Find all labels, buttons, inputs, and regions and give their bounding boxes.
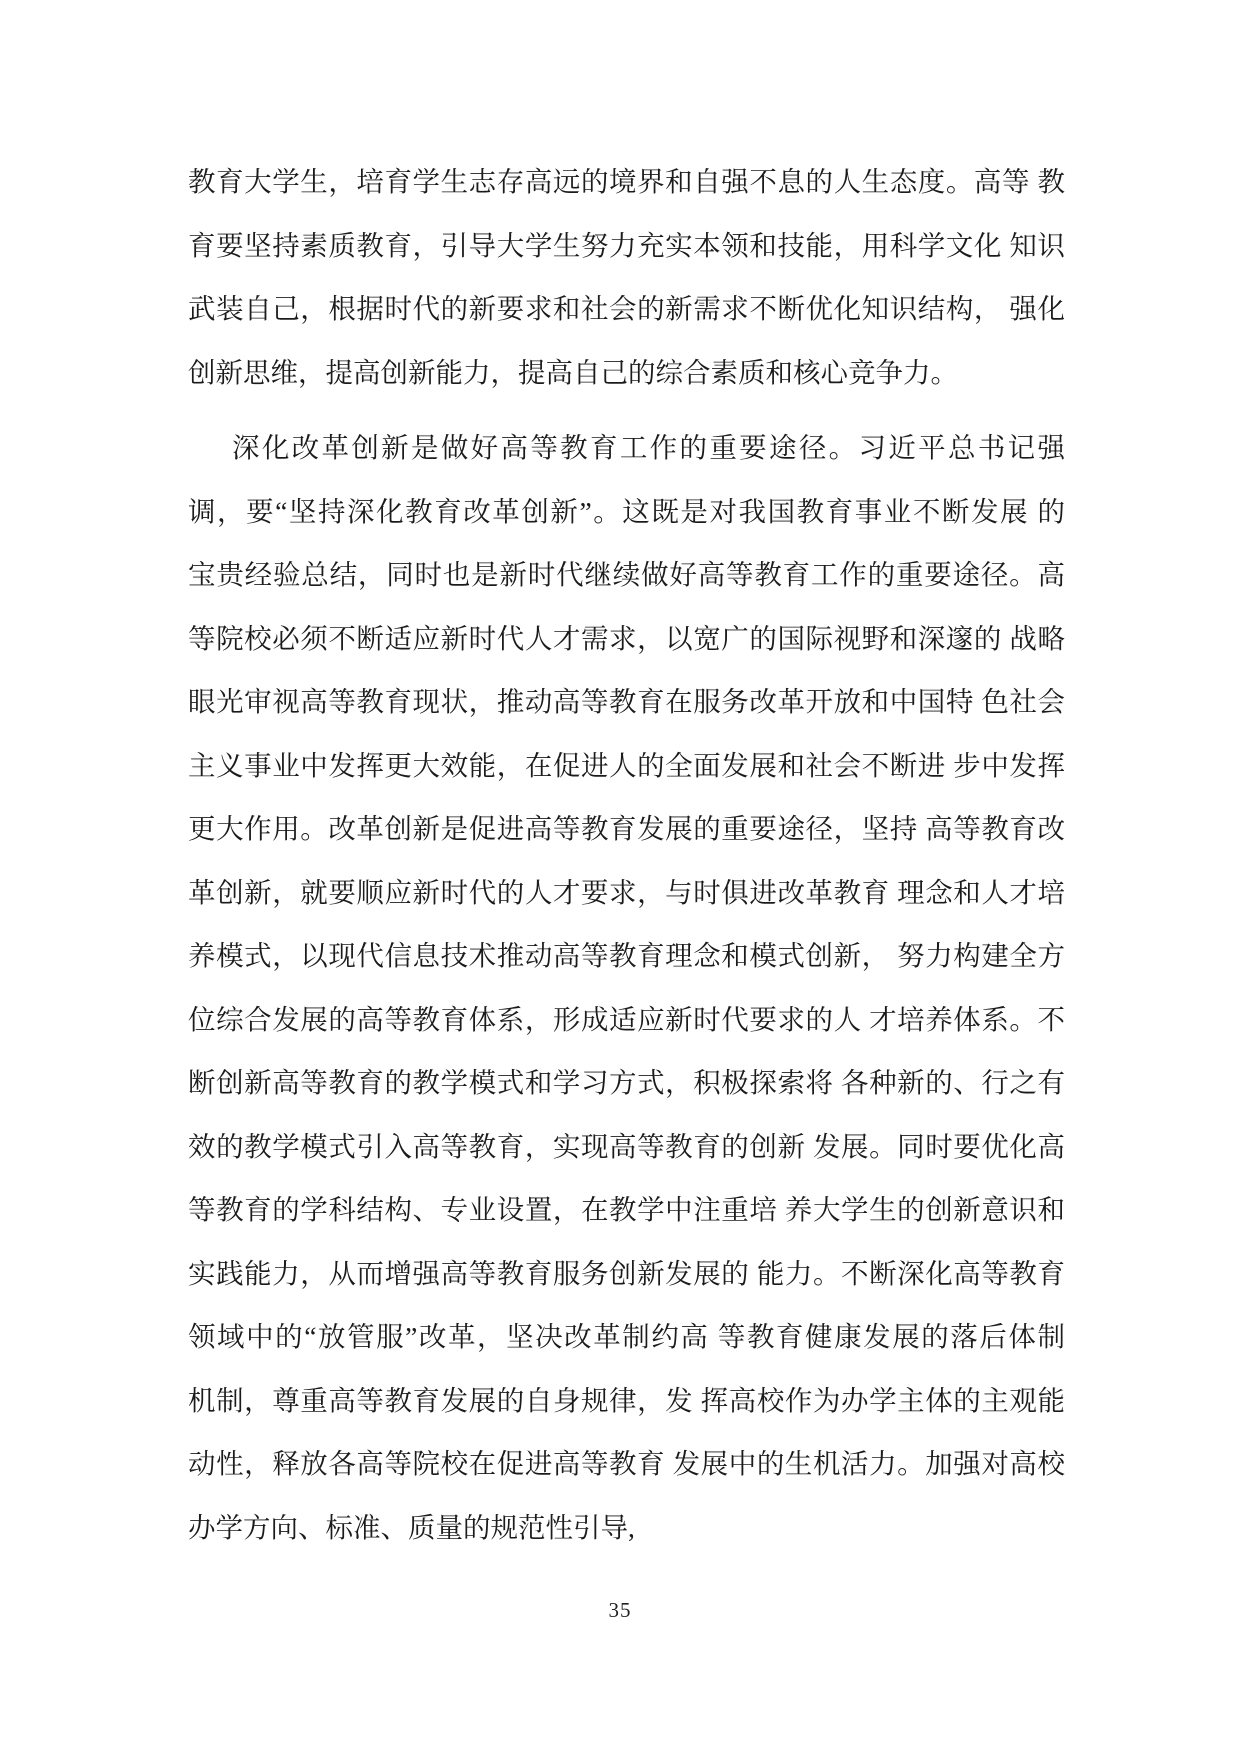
text-line: 革创新，就要顺应新时代的人才要求，与时俱进改革教育 理念和人才培 bbox=[188, 861, 1065, 925]
text-line: 深化改革创新是做好高等教育工作的重要途径。习近平总书记强 bbox=[188, 416, 1065, 480]
text-line: 等教育的学科结构、专业设置，在教学中注重培 养大学生的创新意识和 bbox=[188, 1178, 1065, 1242]
text-line: 位综合发展的高等教育体系，形成适应新时代要求的人 才培养体系。不 bbox=[188, 988, 1065, 1052]
text-line: 宝贵经验总结，同时也是新时代继续做好高等教育工作的重要途径。高 bbox=[188, 543, 1065, 607]
text-line: 实践能力，从而增强高等教育服务创新发展的 能力。不断深化高等教育 bbox=[188, 1242, 1065, 1306]
text-line: 武装自己，根据时代的新要求和社会的新需求不断优化知识结构， 强化 bbox=[188, 277, 1065, 341]
text-line: 眼光审视高等教育现状，推动高等教育在服务改革开放和中国特 色社会 bbox=[188, 670, 1065, 734]
text-line: 机制，尊重高等教育发展的自身规律，发 挥高校作为办学主体的主观能 bbox=[188, 1369, 1065, 1433]
text-line: 教育大学生，培育学生志存高远的境界和自强不息的人生态度。高等 教 bbox=[188, 150, 1065, 214]
text-line: 动性，释放各高等院校在促进高等教育 发展中的生机活力。加强对高校 bbox=[188, 1432, 1065, 1496]
text-line: 断创新高等教育的教学模式和学习方式，积极探索将 各种新的、行之有 bbox=[188, 1051, 1065, 1115]
text-line: 创新思维，提高创新能力，提高自己的综合素质和核心竞争力。 bbox=[188, 341, 1065, 405]
page-footer: 35 bbox=[0, 1598, 1240, 1623]
paragraph: 深化改革创新是做好高等教育工作的重要途径。习近平总书记强调，要“坚持深化教育改革… bbox=[188, 416, 1065, 1559]
text-line: 效的教学模式引入高等教育，实现高等教育的创新 发展。同时要优化高 bbox=[188, 1115, 1065, 1179]
text-line: 办学方向、标准、质量的规范性引导, bbox=[188, 1496, 1065, 1560]
text-line: 养模式，以现代信息技术推动高等教育理念和模式创新， 努力构建全方 bbox=[188, 924, 1065, 988]
text-line: 更大作用。改革创新是促进高等教育发展的重要途径，坚持 高等教育改 bbox=[188, 797, 1065, 861]
document-page: 教育大学生，培育学生志存高远的境界和自强不息的人生态度。高等 教育要坚持素质教育… bbox=[0, 0, 1240, 1754]
text-line: 调，要“坚持深化教育改革创新”。这既是对我国教育事业不断发展 的 bbox=[188, 480, 1065, 544]
document-body: 教育大学生，培育学生志存高远的境界和自强不息的人生态度。高等 教育要坚持素质教育… bbox=[188, 150, 1065, 1559]
text-line: 等院校必须不断适应新时代人才需求，以宽广的国际视野和深邃的 战略 bbox=[188, 607, 1065, 671]
paragraph: 教育大学生，培育学生志存高远的境界和自强不息的人生态度。高等 教育要坚持素质教育… bbox=[188, 150, 1065, 404]
text-line: 领域中的“放管服”改革，坚决改革制约高 等教育健康发展的落后体制 bbox=[188, 1305, 1065, 1369]
page-number: 35 bbox=[609, 1598, 632, 1622]
text-line: 育要坚持素质教育，引导大学生努力充实本领和技能，用科学文化 知识 bbox=[188, 214, 1065, 278]
text-line: 主义事业中发挥更大效能，在促进人的全面发展和社会不断进 步中发挥 bbox=[188, 734, 1065, 798]
